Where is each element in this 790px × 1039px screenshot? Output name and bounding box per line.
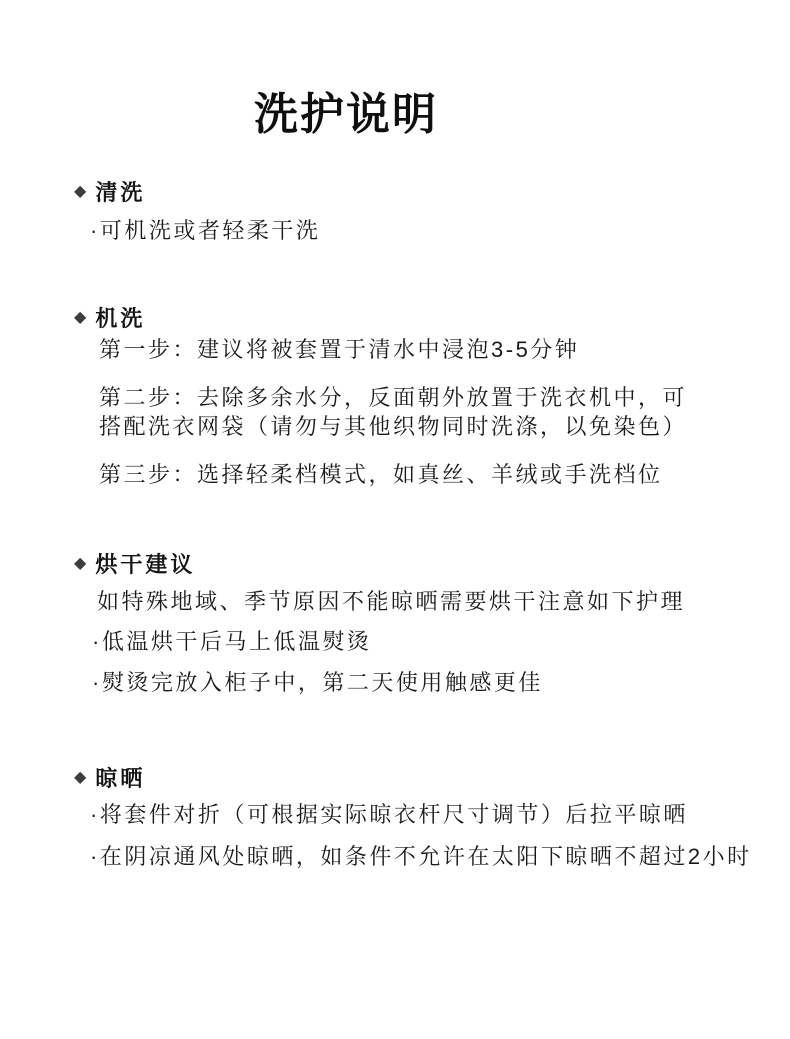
- drying-advice-tip2-line: ·熨烫完放入柜子中，第二天使用触感更佳: [92, 666, 543, 697]
- air-drying-tip2-line: ·在阴凉通风处晾晒，如条件不允许在太阳下晾晒不超过2小时: [90, 840, 752, 871]
- section-heading-machine-wash-label: 机洗: [95, 302, 145, 333]
- diamond-bullet-icon: ◆: [74, 767, 86, 787]
- section-heading-cleaning-label: 清洗: [95, 176, 145, 207]
- cleaning-instruction-line: ·可机洗或者轻柔干洗: [90, 214, 320, 245]
- section-heading-drying-advice: ◆ 烘干建议: [74, 548, 195, 579]
- section-heading-machine-wash: ◆ 机洗: [74, 302, 145, 333]
- diamond-bullet-icon: ◆: [74, 181, 86, 201]
- care-instructions-page: 洗护说明 ◆ 清洗 ·可机洗或者轻柔干洗 ◆ 机洗 第一步：建议将被套置于清水中…: [0, 0, 790, 1039]
- machine-wash-step2-line1: 第二步：去除多余水分，反面朝外放置于洗衣机中，可: [99, 381, 687, 412]
- diamond-bullet-icon: ◆: [74, 307, 86, 327]
- machine-wash-step2-line2: 搭配洗衣网袋（请勿与其他织物同时洗涤，以免染色）: [99, 410, 687, 441]
- drying-advice-tip1-line: ·低温烘干后马上低温熨烫: [92, 625, 371, 656]
- diamond-bullet-icon: ◆: [74, 553, 86, 573]
- page-title: 洗护说明: [0, 78, 692, 142]
- air-drying-tip1-line: ·将套件对折（可根据实际晾衣杆尺寸调节）后拉平晾晒: [90, 798, 688, 829]
- machine-wash-step1-line: 第一步：建议将被套置于清水中浸泡3-5分钟: [99, 333, 579, 364]
- section-heading-cleaning: ◆ 清洗: [74, 176, 145, 207]
- section-heading-air-drying-label: 晾晒: [95, 762, 145, 793]
- section-heading-air-drying: ◆ 晾晒: [74, 762, 145, 793]
- section-heading-drying-advice-label: 烘干建议: [95, 548, 195, 579]
- drying-advice-intro-line: 如特殊地域、季节原因不能晾晒需要烘干注意如下护理: [97, 585, 685, 616]
- machine-wash-step3-line: 第三步：选择轻柔档模式，如真丝、羊绒或手洗档位: [99, 458, 663, 489]
